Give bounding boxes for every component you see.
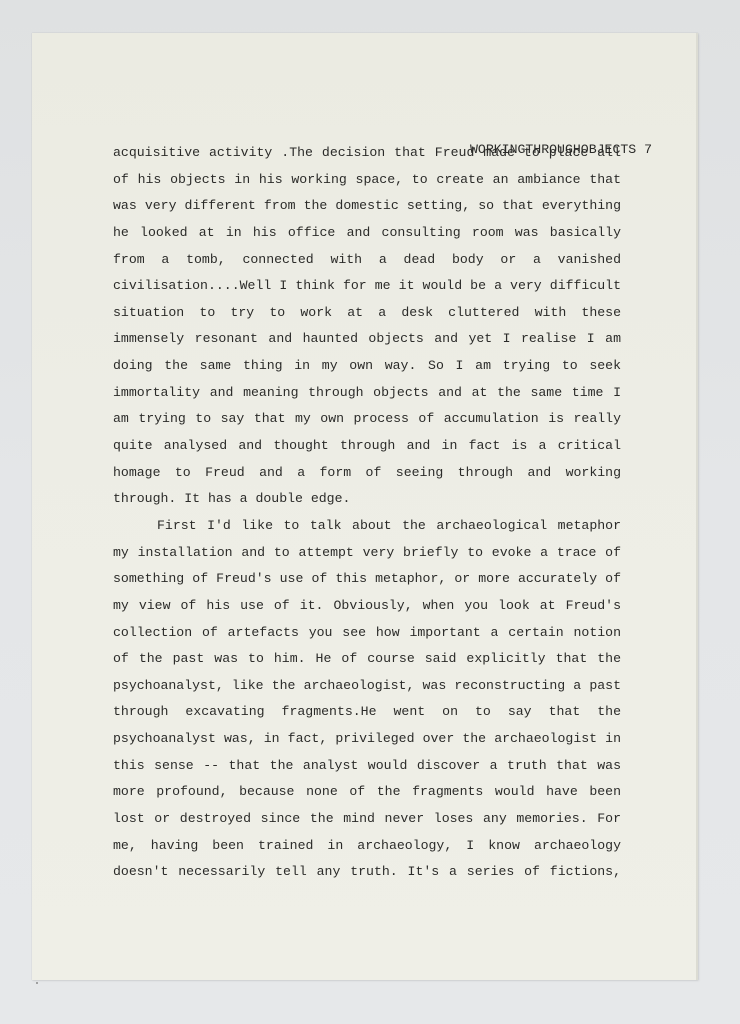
- text-line: situation to try to work at a desk clutt…: [113, 300, 621, 327]
- text-line: more profound, because none of the fragm…: [113, 779, 621, 806]
- text-line: quite analysed and thought through and i…: [113, 433, 621, 460]
- text-line: me, having been trained in archaeology, …: [113, 833, 621, 860]
- text-line: immortality and meaning through objects …: [113, 380, 621, 407]
- text-line: psychoanalyst, like the archaeologist, w…: [113, 673, 621, 700]
- text-line: through. It has a double edge.: [113, 486, 621, 513]
- body-text: acquisitive activity .The decision that …: [113, 140, 621, 886]
- dust-speck: [36, 982, 38, 984]
- text-line: my view of his use of it. Obviously, whe…: [113, 593, 621, 620]
- text-line: my installation and to attempt very brie…: [113, 540, 621, 567]
- text-line: this sense -- that the analyst would dis…: [113, 753, 621, 780]
- text-line: of the past was to him. He of course sai…: [113, 646, 621, 673]
- text-line: of his objects in his working space, to …: [113, 167, 621, 194]
- text-line: lost or destroyed since the mind never l…: [113, 806, 621, 833]
- text-line: from a tomb, connected with a dead body …: [113, 247, 621, 274]
- text-line: something of Freud's use of this metapho…: [113, 566, 621, 593]
- text-line: was very different from the domestic set…: [113, 193, 621, 220]
- text-line: psychoanalyst was, in fact, privileged o…: [113, 726, 621, 753]
- paragraph: First I'd like to talk about the archaeo…: [113, 513, 621, 886]
- text-line: am trying to say that my own process of …: [113, 406, 621, 433]
- text-line: First I'd like to talk about the archaeo…: [113, 513, 621, 540]
- text-line: collection of artefacts you see how impo…: [113, 620, 621, 647]
- text-line: he looked at in his office and consultin…: [113, 220, 621, 247]
- text-line: immensely resonant and haunted objects a…: [113, 326, 621, 353]
- text-line: homage to Freud and a form of seeing thr…: [113, 460, 621, 487]
- text-line: civilisation....Well I think for me it w…: [113, 273, 621, 300]
- text-line: doesn't necessarily tell any truth. It's…: [113, 859, 621, 886]
- text-line: doing the same thing in my own way. So I…: [113, 353, 621, 380]
- paragraph: acquisitive activity .The decision that …: [113, 140, 621, 513]
- text-line: acquisitive activity .The decision that …: [113, 140, 621, 167]
- text-line: through excavating fragments.He went on …: [113, 699, 621, 726]
